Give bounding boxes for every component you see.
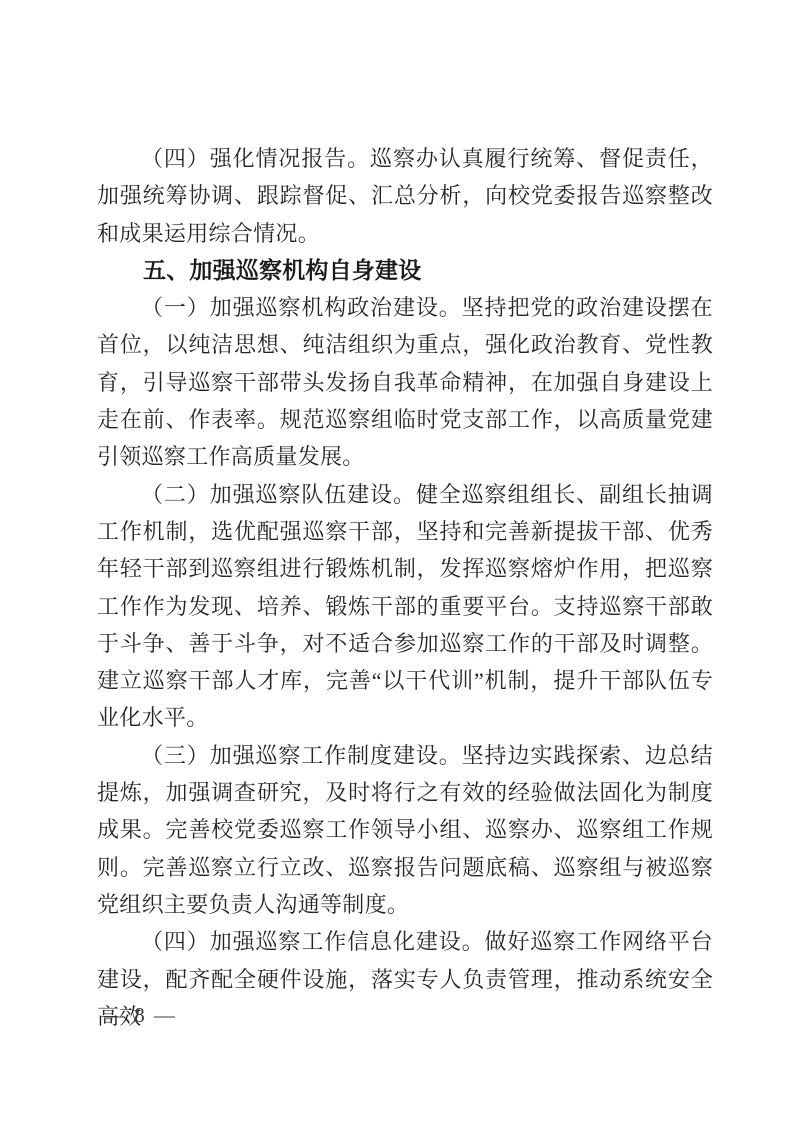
document-body: （四）强化情况报告。巡察办认真履行统筹、督促责任，加强统筹协调、跟踪督促、汇总分… [97, 140, 713, 1035]
document-page: （四）强化情况报告。巡察办认真履行统筹、督促责任，加强统筹协调、跟踪督促、汇总分… [0, 0, 793, 1122]
paragraph-strengthen-situation-reporting: （四）强化情况报告。巡察办认真履行统筹、督促责任，加强统筹协调、跟踪督促、汇总分… [97, 140, 713, 252]
paragraph-informatization-construction: （四）加强巡察工作信息化建设。做好巡察工作网络平台建设，配齐配全硬件设施，落实专… [97, 923, 713, 1035]
paragraph-team-construction: （二）加强巡察队伍建设。健全巡察组组长、副组长抽调工作机制，选优配强巡察干部，坚… [97, 476, 713, 737]
paragraph-system-construction: （三）加强巡察工作制度建设。坚持边实践探索、边总结提炼，加强调查研究，及时将行之… [97, 737, 713, 923]
section-heading-self-construction: 五、加强巡察机构自身建设 [97, 252, 713, 289]
page-number: — 8 — [104, 1003, 177, 1028]
paragraph-political-construction: （一）加强巡察机构政治建设。坚持把党的政治建设摆在首位，以纯洁思想、纯洁组织为重… [97, 289, 713, 475]
